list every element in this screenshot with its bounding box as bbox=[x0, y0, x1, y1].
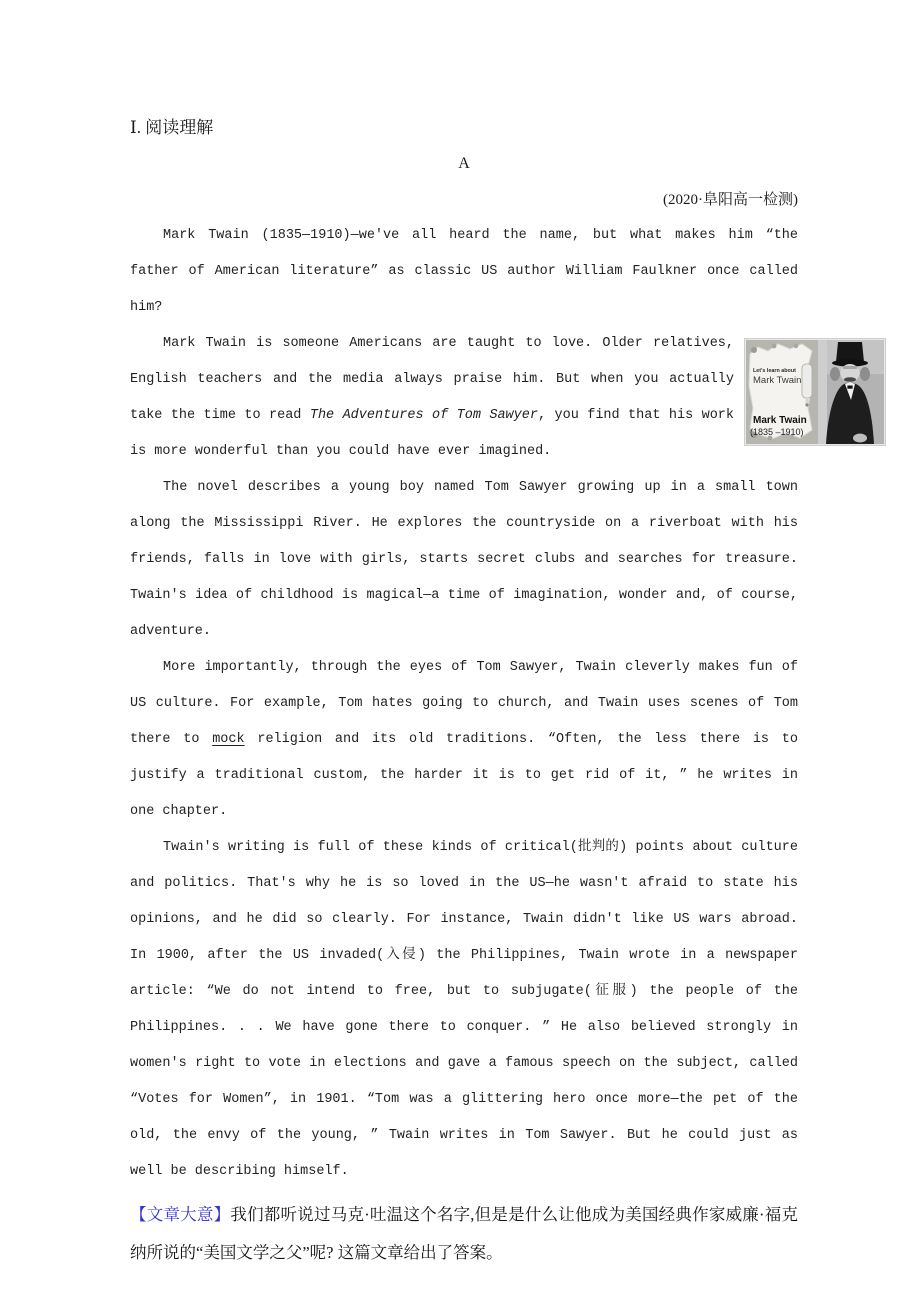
summary-label: 【文章大意】 bbox=[130, 1205, 230, 1224]
figure-caption-years: (1835 –1910) bbox=[750, 427, 804, 437]
article-paragraph: Twain's writing is full of these kinds o… bbox=[130, 830, 798, 1190]
source-note: (2020·阜阳高一检测) bbox=[130, 182, 798, 218]
passage-label: A bbox=[130, 146, 798, 182]
text-run: The novel describes a young boy named To… bbox=[130, 480, 798, 639]
parchment-banner: Let's learn about Mark Twain Mark Twain … bbox=[746, 340, 818, 444]
mark-twain-image: Let's learn about Mark Twain Mark Twain … bbox=[744, 338, 886, 446]
text-run: Twain's writing is full of these kinds o… bbox=[130, 840, 798, 1179]
section-heading: Ⅰ. 阅读理解 bbox=[130, 110, 798, 146]
text-underline: mock bbox=[212, 732, 244, 747]
text-run: Mark Twain (1835—1910)—we've all heard t… bbox=[130, 228, 798, 315]
passage-summary: 【文章大意】我们都听说过马克·吐温这个名字,但是是什么让他成为美国经典作家威廉·… bbox=[130, 1196, 798, 1272]
mark-twain-photo bbox=[818, 340, 884, 444]
article-paragraph: The novel describes a young boy named To… bbox=[130, 470, 798, 650]
summary-text: 我们都听说过马克·吐温这个名字,但是是什么让他成为美国经典作家威廉·福克纳所说的… bbox=[130, 1205, 798, 1262]
figure-caption-title: Mark Twain bbox=[753, 375, 801, 386]
mark-twain-figure: Let's learn about Mark Twain Mark Twain … bbox=[744, 338, 886, 446]
figure-caption-small: Let's learn about bbox=[753, 368, 796, 374]
document-page: Ⅰ. 阅读理解 A (2020·阜阳高一检测) Mark Twain (1835… bbox=[0, 0, 920, 1302]
figure-caption-name: Mark Twain bbox=[753, 415, 807, 426]
article-paragraph: Mark Twain (1835—1910)—we've all heard t… bbox=[130, 218, 798, 326]
text-italic: The Adventures of Tom Sawyer bbox=[310, 408, 538, 423]
article-paragraph: Let's learn about Mark Twain Mark Twain … bbox=[130, 326, 798, 470]
article-paragraph: More importantly, through the eyes of To… bbox=[130, 650, 798, 830]
article-body: Mark Twain (1835—1910)—we've all heard t… bbox=[130, 218, 798, 1190]
